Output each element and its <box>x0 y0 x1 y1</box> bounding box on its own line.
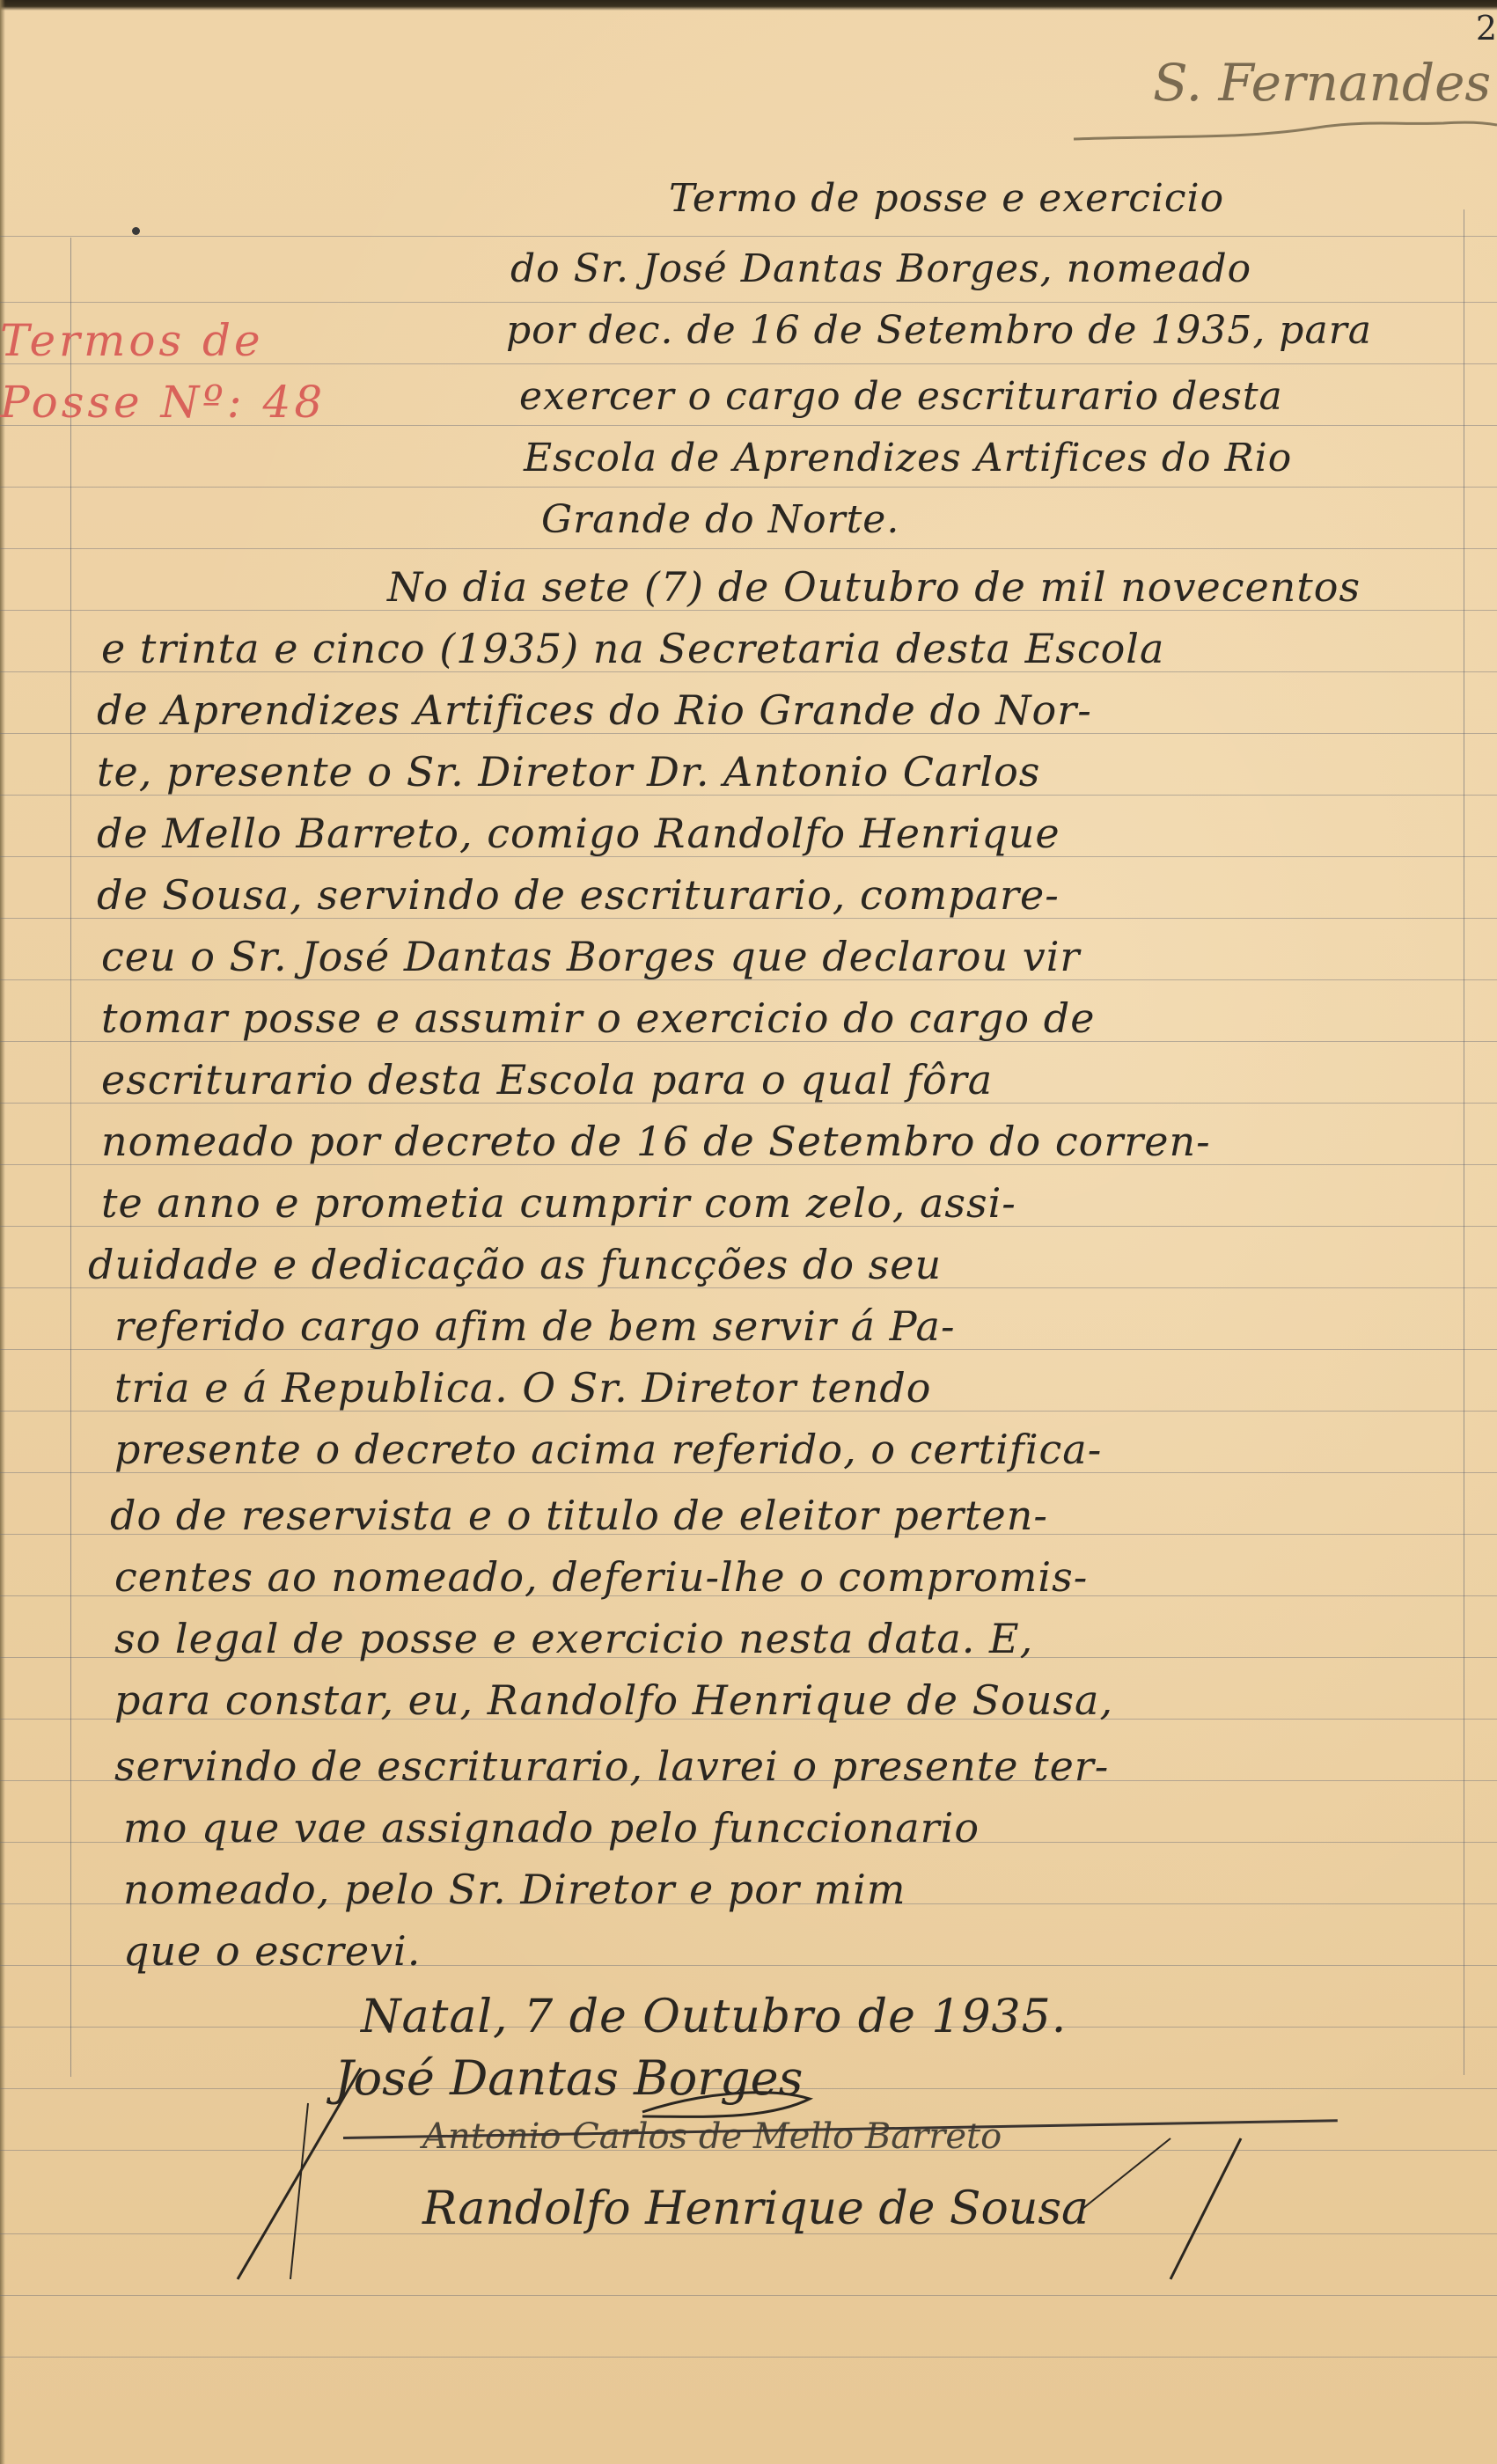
body-line: presente o decreto acima referido, o cer… <box>114 1426 1102 1473</box>
ruled-line <box>0 302 1497 303</box>
body-line: de Sousa, servindo de escriturario, comp… <box>97 871 1060 919</box>
corner-signature: S. Fernandes <box>1153 53 1491 113</box>
signature-flourishes-icon <box>202 2015 1347 2297</box>
body-line: duidade e dedicação as funcções do seu <box>88 1241 942 1288</box>
body-line: de Mello Barreto, comigo Randolfo Henriq… <box>97 810 1060 857</box>
page-number: 2 <box>1476 9 1497 48</box>
body-line: que o escrevi. <box>123 1927 421 1975</box>
ledger-page: 2 S. Fernandes Termos de Posse Nº: 48 Te… <box>0 0 1497 2464</box>
body-line: centes ao nomeado, deferiu-lhe o comprom… <box>114 1553 1088 1601</box>
ruled-line <box>0 548 1497 549</box>
ruled-line <box>0 2357 1497 2358</box>
heading-line: do Sr. José Dantas Borges, nomeado <box>510 246 1251 291</box>
body-line: referido cargo afim de bem servir á Pa- <box>114 1302 956 1350</box>
body-line: para constar, eu, Randolfo Henrique de S… <box>114 1676 1113 1724</box>
heading-line: Grande do Norte. <box>541 497 899 542</box>
body-line: tria e á Republica. O Sr. Diretor tendo <box>114 1364 931 1412</box>
ruled-line <box>0 487 1497 488</box>
body-line: escriturario desta Escola para o qual fô… <box>101 1056 993 1104</box>
body-line: mo que vae assignado pelo funccionario <box>123 1804 980 1852</box>
page-shadow-edge <box>0 0 5 2464</box>
body-line: te anno e prometia cumprir com zelo, ass… <box>101 1179 1016 1227</box>
heading-line: Termo de posse e exercicio <box>669 176 1224 221</box>
right-margin-rule <box>1464 209 1464 2075</box>
margin-note-line1: Termos de <box>0 315 264 366</box>
body-line: nomeado, pelo Sr. Diretor e por mim <box>123 1866 906 1913</box>
body-line: No dia sete (7) de Outubro de mil novece… <box>387 563 1361 611</box>
margin-note-line2: Posse Nº: 48 <box>0 377 326 428</box>
body-line: do de reservista e o titulo de eleitor p… <box>110 1492 1048 1539</box>
ink-dot <box>132 227 140 235</box>
body-line: so legal de posse e exercicio nesta data… <box>114 1615 1033 1662</box>
ruled-line <box>0 236 1497 237</box>
heading-line: exercer o cargo de escriturario desta <box>519 374 1283 419</box>
book-binding-edge <box>0 0 1497 11</box>
body-line: tomar posse e assumir o exercicio do car… <box>101 994 1095 1042</box>
body-line: de Aprendizes Artifices do Rio Grande do… <box>97 686 1092 734</box>
body-line: servindo de escriturario, lavrei o prese… <box>114 1742 1109 1790</box>
body-line: e trinta e cinco (1935) na Secretaria de… <box>101 625 1164 672</box>
heading-line: Escola de Aprendizes Artifices do Rio <box>524 436 1292 480</box>
body-line: nomeado por decreto de 16 de Setembro do… <box>101 1118 1211 1165</box>
heading-line: por dec. de 16 de Setembro de 1935, para <box>506 308 1372 353</box>
body-line: te, presente o Sr. Diretor Dr. Antonio C… <box>97 748 1040 796</box>
body-line: ceu o Sr. José Dantas Borges que declaro… <box>101 933 1080 980</box>
left-margin-rule <box>70 238 71 2077</box>
signature-flourish-icon <box>1065 113 1497 148</box>
